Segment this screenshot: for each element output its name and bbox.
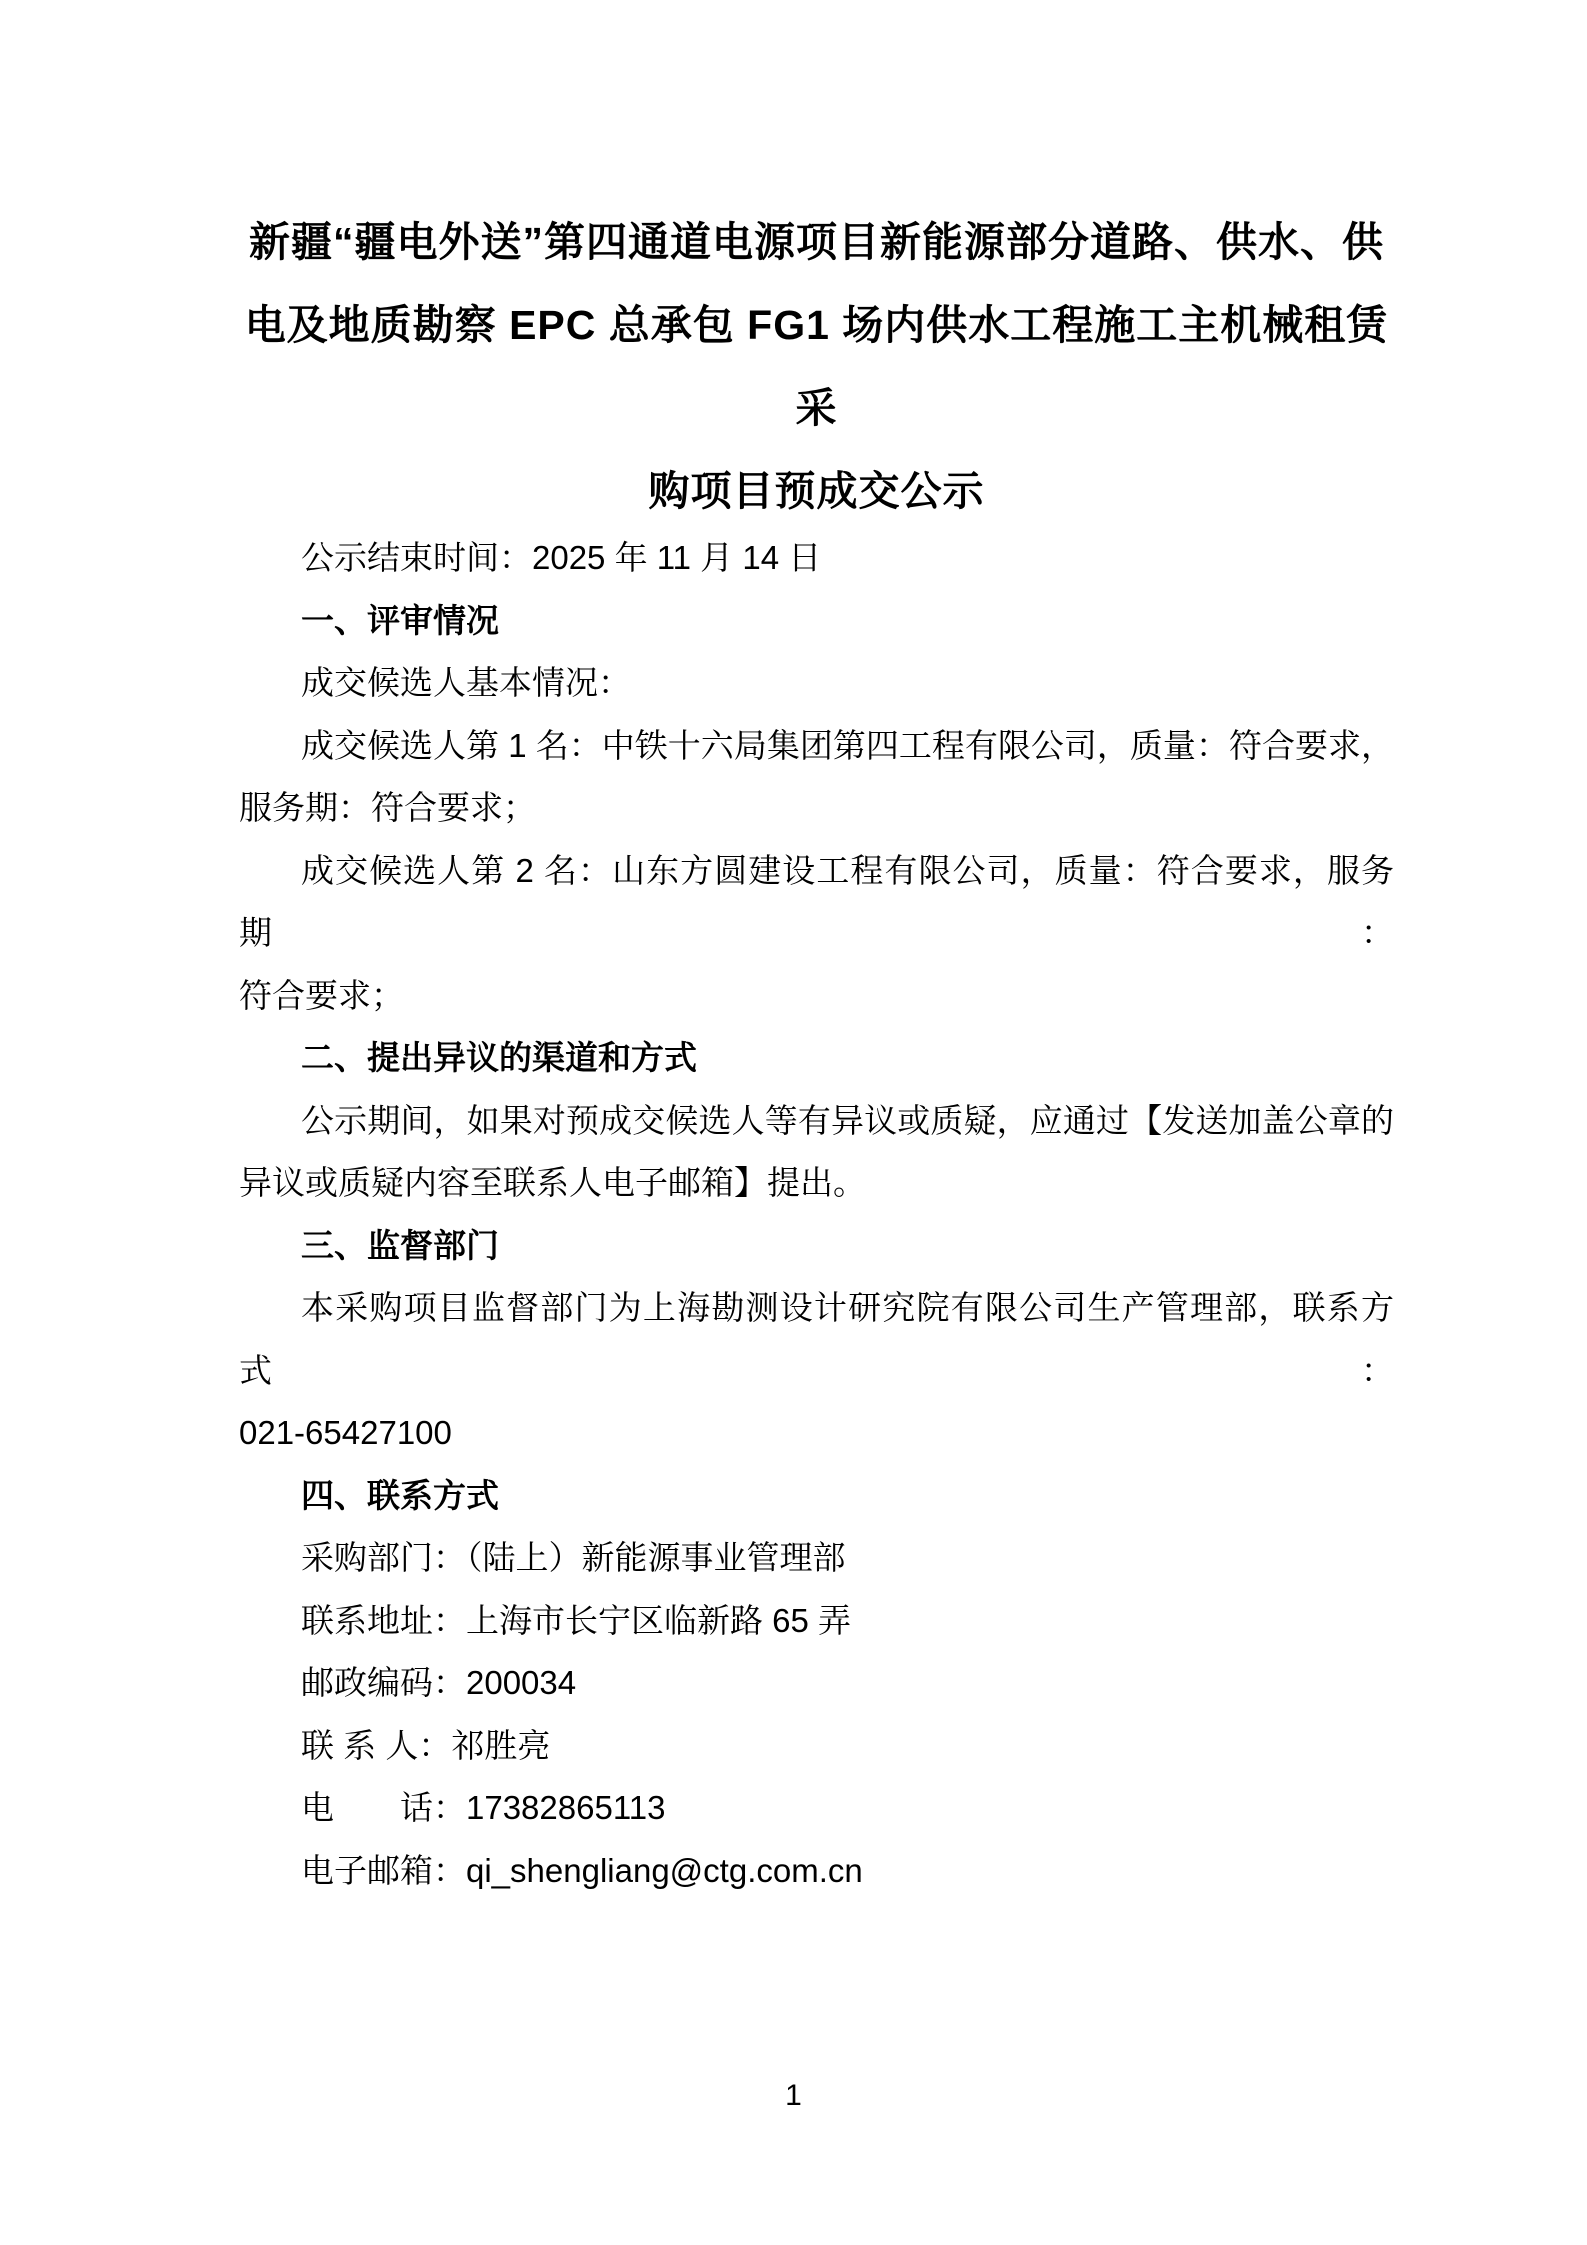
- body-line: 电子邮箱：qi_shengliang@ctg.com.cn: [239, 1840, 1394, 1903]
- section-heading: 四、联系方式: [239, 1465, 1394, 1528]
- section-heading: 三、监督部门: [239, 1215, 1394, 1278]
- page-number: 1: [785, 2079, 802, 2112]
- body-line: 符合要求；: [239, 965, 1394, 1028]
- page-footer: 1: [0, 2076, 1587, 2116]
- body-line: 异议或质疑内容至联系人电子邮箱】提出。: [239, 1152, 1394, 1215]
- document-page: 新疆“疆电外送”第四通道电源项目新能源部分道路、供水、供电及地质勘察 EPC 总…: [0, 0, 1587, 2245]
- title-line: 新疆“疆电外送”第四通道电源项目新能源部分道路、供水、供: [239, 201, 1394, 284]
- body-line: 邮政编码：200034: [239, 1652, 1394, 1715]
- section-heading: 一、评审情况: [239, 590, 1394, 653]
- body-line: 电 话：17382865113: [239, 1777, 1394, 1840]
- body-line: 公示期间，如果对预成交候选人等有异议或质疑，应通过【发送加盖公章的: [239, 1090, 1394, 1153]
- document-body: 公示结束时间：2025 年 11 月 14 日一、评审情况成交候选人基本情况：成…: [239, 527, 1394, 1902]
- body-line: 本采购项目监督部门为上海勘测设计研究院有限公司生产管理部，联系方式：: [239, 1277, 1394, 1402]
- body-line: 联系地址：上海市长宁区临新路 65 弄: [239, 1590, 1394, 1653]
- body-line: 联 系 人：祁胜亮: [239, 1715, 1394, 1778]
- body-line: 服务期：符合要求；: [239, 777, 1394, 840]
- body-line: 公示结束时间：2025 年 11 月 14 日: [239, 527, 1394, 590]
- title-line: 购项目预成交公示: [239, 450, 1394, 533]
- title-line: 电及地质勘察 EPC 总承包 FG1 场内供水工程施工主机械租赁采: [239, 284, 1394, 450]
- body-line: 021-65427100: [239, 1402, 1394, 1465]
- body-line: 成交候选人基本情况：: [239, 652, 1394, 715]
- body-line: 采购部门：（陆上）新能源事业管理部: [239, 1527, 1394, 1590]
- section-heading: 二、提出异议的渠道和方式: [239, 1027, 1394, 1090]
- body-line: 成交候选人第 1 名：中铁十六局集团第四工程有限公司，质量：符合要求，: [239, 715, 1394, 778]
- body-line: 成交候选人第 2 名：山东方圆建设工程有限公司，质量：符合要求，服务期：: [239, 840, 1394, 965]
- document-title: 新疆“疆电外送”第四通道电源项目新能源部分道路、供水、供电及地质勘察 EPC 总…: [239, 201, 1394, 533]
